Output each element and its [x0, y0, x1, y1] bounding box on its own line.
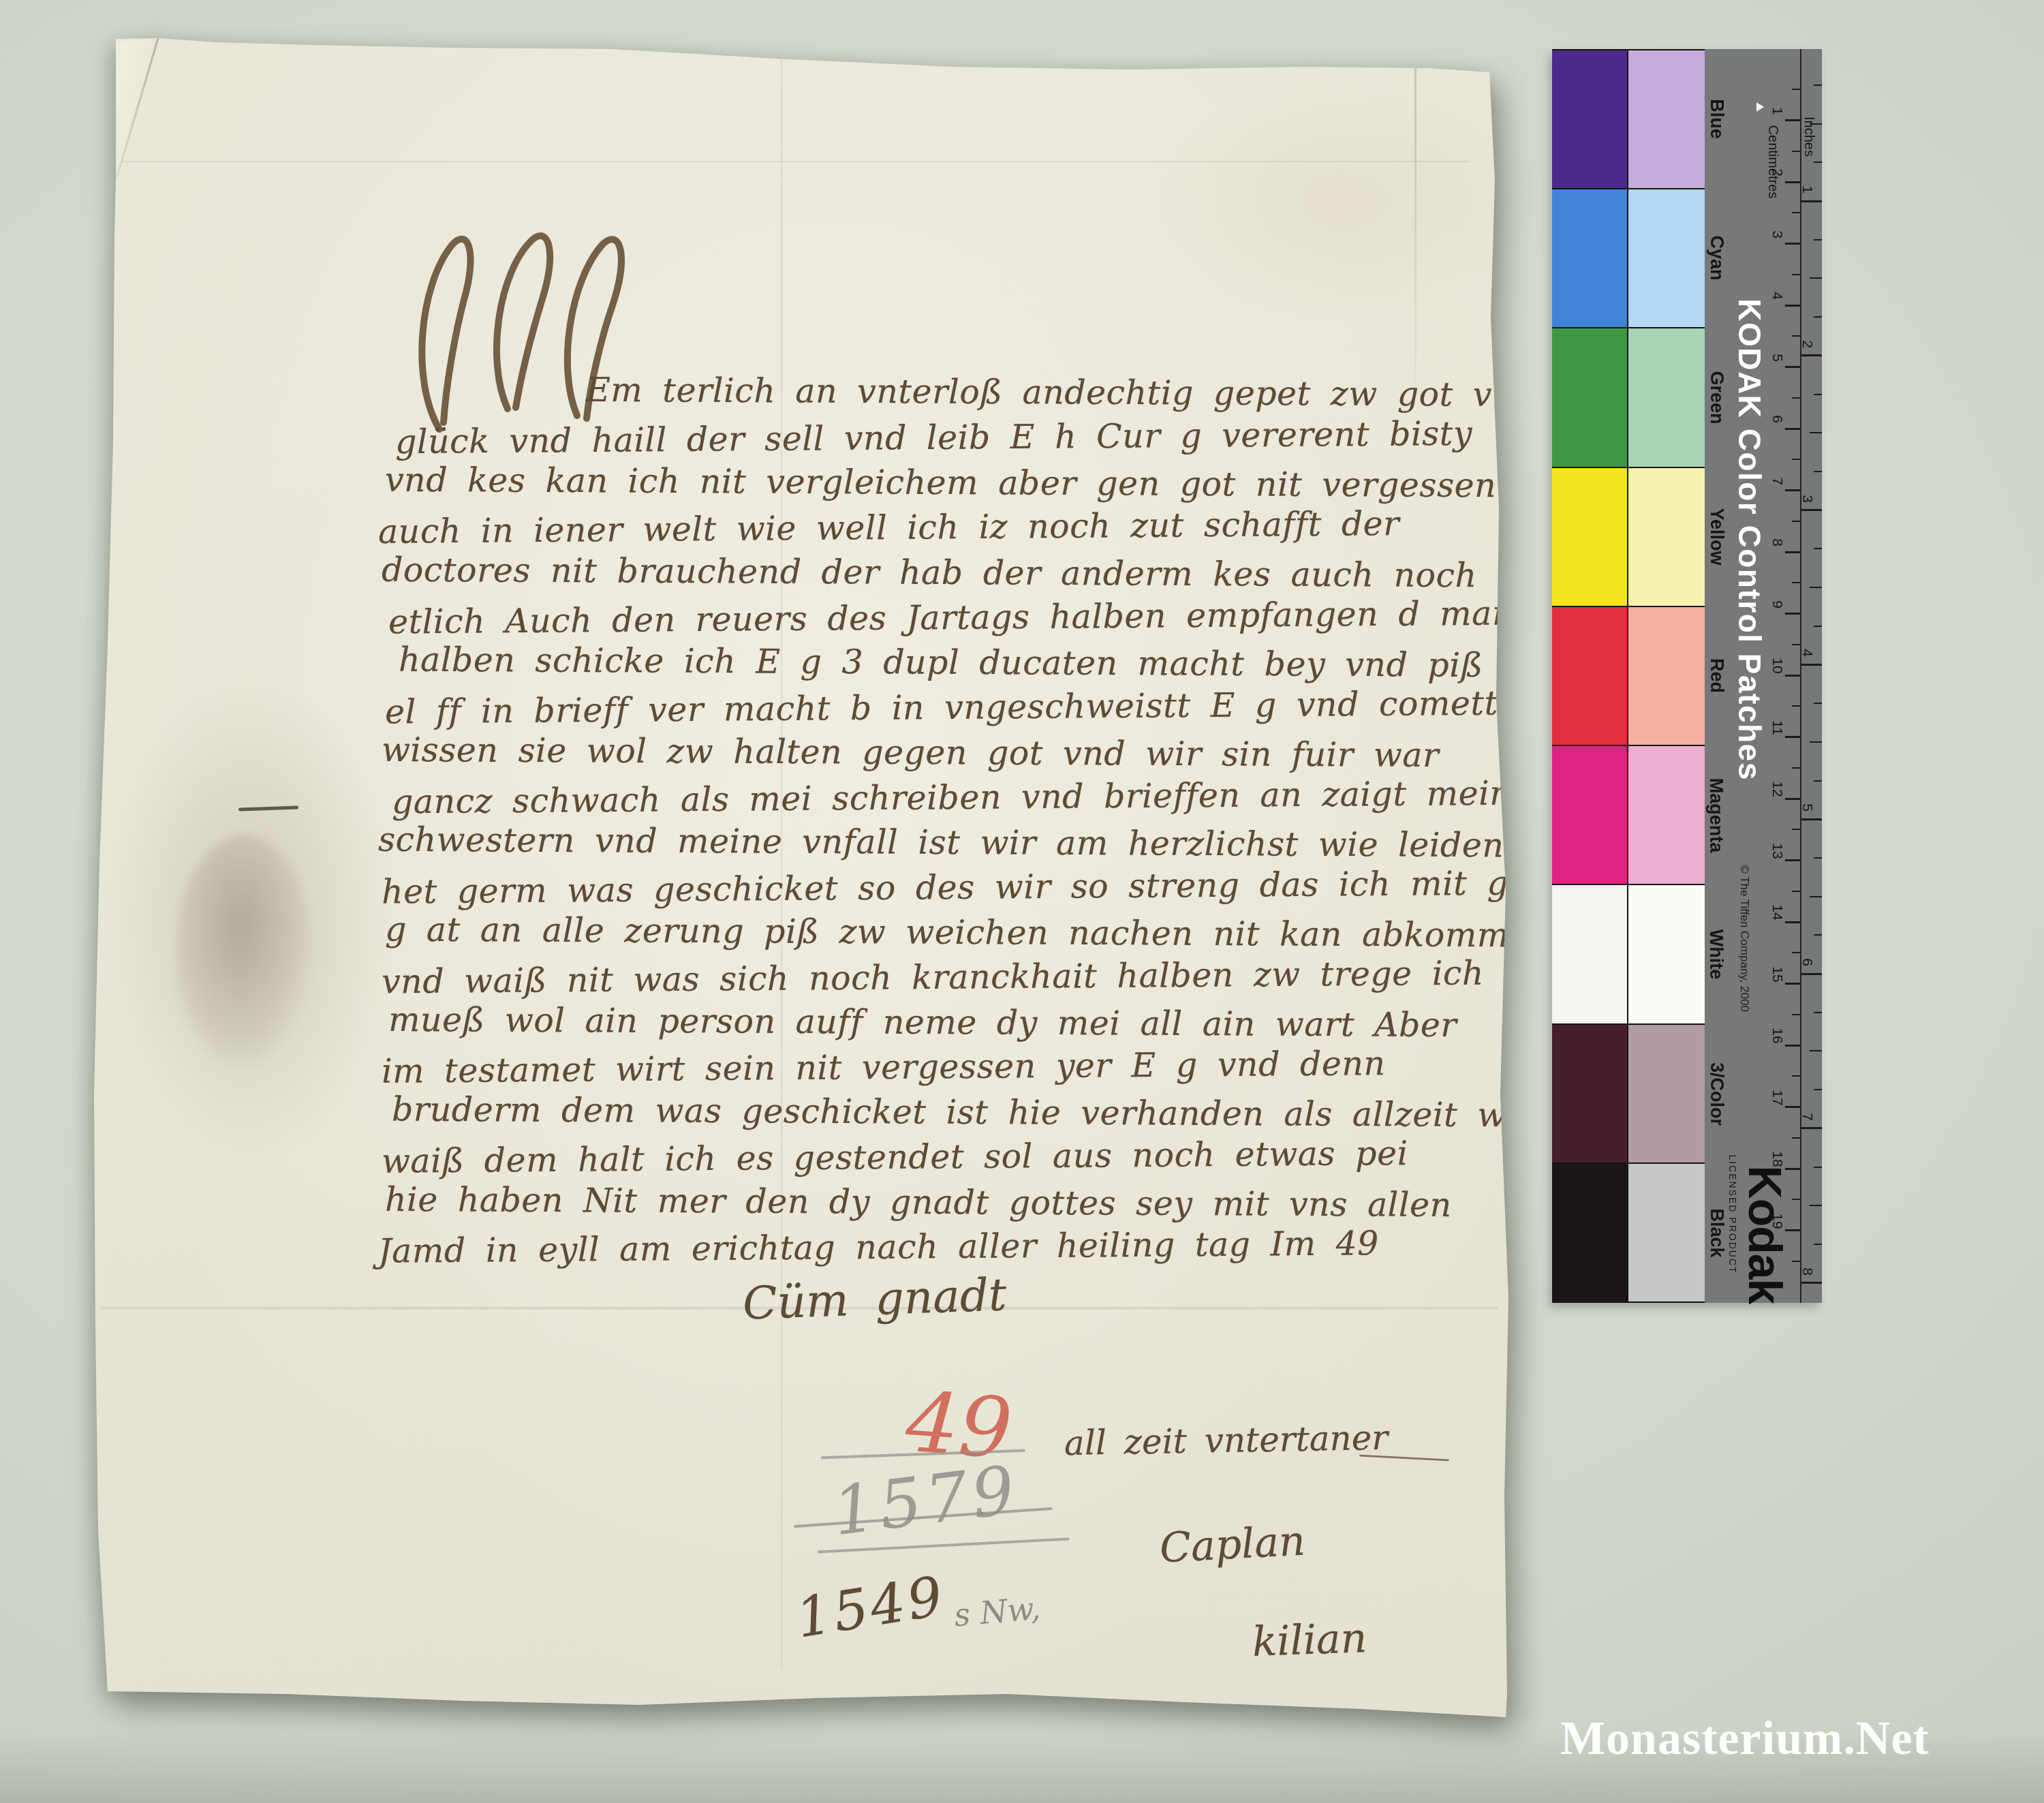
ruler-number-wrap: 4 [1793, 638, 1821, 667]
inch-half-tick [1810, 277, 1822, 279]
cm-minor-tick [1792, 1075, 1800, 1077]
ruler-number-wrap: 6 [1763, 405, 1791, 433]
pencil-note: s Nw, [953, 1590, 1042, 1634]
year-annotation-ink: 1549 [792, 1564, 949, 1650]
ruler-number: 10 [1769, 658, 1785, 673]
ruler-number: 15 [1769, 966, 1785, 982]
vertical-crease-right [1414, 65, 1416, 386]
ruler-number-wrap: 7 [1763, 467, 1791, 495]
ruler-number: 16 [1769, 1028, 1785, 1043]
ruler-number-wrap: 7 [1793, 1103, 1821, 1131]
inch-quarter-tick [1814, 316, 1822, 318]
ruler-number: 19 [1769, 1213, 1785, 1229]
ruler-number: 8 [1799, 1267, 1815, 1276]
inch-half-tick [1810, 1205, 1822, 1206]
inch-quarter-tick [1814, 857, 1822, 859]
cm-minor-tick [1792, 705, 1800, 707]
ruler-number-wrap: 2 [1763, 158, 1791, 187]
inch-quarter-tick [1814, 394, 1822, 395]
ruler-number: 5 [1769, 354, 1785, 362]
inch-quarter-tick [1814, 626, 1822, 627]
scan-stage: Em terlich an vnterloß andechtig gepet z… [0, 0, 2044, 1803]
ruler-number-wrap: 17 [1763, 1083, 1791, 1112]
inch-quarter-tick [1814, 84, 1822, 86]
ruler-number-wrap: 8 [1793, 1257, 1821, 1286]
ruler-number-wrap: 1 [1793, 175, 1821, 204]
inch-half-tick [1810, 432, 1822, 433]
ruler-number-wrap: 3 [1793, 484, 1821, 513]
cm-minor-tick [1792, 767, 1800, 769]
signature-devotion: all zeit vntertaner [1064, 1418, 1389, 1463]
manuscript-line: wissen sie wol zw halten gegen got vnd w… [382, 730, 1439, 775]
cm-minor-tick [1792, 151, 1800, 152]
inch-quarter-tick [1814, 780, 1822, 782]
ruler-number-wrap: 5 [1763, 343, 1791, 372]
inch-half-tick [1810, 741, 1822, 743]
kodak-color-control-strip: BlueCyanGreenYellowRedMagentaWhite3/Colo… [1552, 49, 1822, 1303]
ruler-number: 14 [1769, 904, 1785, 920]
ruler-number: 4 [1799, 649, 1815, 658]
manuscript-line: Em terlich an vnterloß andechtig gepet z… [586, 371, 1665, 415]
manuscript-line: g at an alle zerung piß zw weichen nache… [385, 910, 1530, 955]
ruler-number-wrap: 19 [1763, 1207, 1791, 1235]
ruler-number: 1 [1799, 185, 1815, 194]
inch-quarter-tick [1814, 239, 1822, 241]
cm-minor-tick [1792, 1014, 1800, 1015]
horizontal-crease-top [121, 161, 1470, 164]
manuscript-line: auch in iener welt wie well ich iz noch … [378, 504, 1399, 551]
ruler-number: 1 [1769, 107, 1785, 115]
ruler-number-wrap: 10 [1763, 651, 1791, 680]
inch-quarter-tick [1814, 1089, 1822, 1090]
manuscript-line: waiß dem halt ich es gestendet sol aus n… [382, 1134, 1408, 1181]
ruler-number: 12 [1769, 781, 1785, 797]
closing-formula: Cüm gnadt [742, 1268, 1008, 1329]
ruler-number: 3 [1799, 495, 1815, 503]
ruler-number: 6 [1769, 415, 1785, 423]
ruler-number: 13 [1769, 843, 1785, 859]
inch-half-tick [1810, 896, 1822, 897]
ruler-number: 7 [1799, 1113, 1815, 1121]
cm-minor-tick [1792, 891, 1800, 892]
manuscript-line: im testamet wirt sein nit vergessen yer … [382, 1044, 1386, 1091]
ruler-number: 8 [1769, 538, 1785, 546]
ruler-number-wrap: 5 [1793, 793, 1821, 822]
ruler-number: 17 [1769, 1090, 1785, 1105]
manuscript-line: hie haben Nit mer den dy gnadt gottes se… [385, 1180, 1452, 1224]
manuscript-line: schwestern vnd meine vnfall ist wir am h… [378, 820, 1504, 865]
letter-sheet: Em terlich an vnterloß andechtig gepet z… [94, 31, 1513, 1723]
inch-quarter-tick [1814, 703, 1822, 704]
stain [176, 835, 312, 1067]
manuscript-line: halben schicke ich E g 3 dupl ducaten ma… [399, 641, 1536, 685]
manuscript-line: glück vnd haill der sell vnd leib E h Cu… [395, 414, 1473, 461]
cm-minor-tick [1792, 397, 1800, 399]
paper-surface: Em terlich an vnterloß andechtig gepet z… [94, 31, 1513, 1723]
ruler-number: 6 [1799, 958, 1815, 966]
ruler-number-wrap: 6 [1793, 948, 1821, 976]
inch-quarter-tick [1814, 471, 1822, 472]
watermark: Monasterium.Net [1560, 1712, 1930, 1766]
inch-half-tick [1810, 587, 1822, 588]
cm-minor-tick [1792, 459, 1800, 460]
ruler-number: 9 [1769, 600, 1785, 608]
inch-quarter-tick [1814, 1244, 1822, 1245]
ruler-number: 11 [1769, 720, 1785, 735]
ruler-layer: 1234567891011121314151617181912345678 [1552, 49, 1822, 1303]
inch-half-tick [1810, 1050, 1822, 1051]
ruler-number-wrap: 1 [1763, 97, 1791, 125]
inch-half-tick [1810, 123, 1822, 125]
manuscript-line: bruderm dem was geschicket ist hie verha… [392, 1090, 1538, 1135]
ruler-number: 4 [1769, 292, 1785, 300]
manuscript-line: mueß wol ain person auff neme dy mei all… [388, 1000, 1457, 1045]
inch-quarter-tick [1814, 1012, 1822, 1013]
ruler-number: 3 [1769, 230, 1785, 238]
manuscript-line: het germ was geschicket so des wir so st… [382, 863, 1531, 911]
ruler-number: 2 [1769, 168, 1785, 176]
inch-quarter-tick [1814, 161, 1822, 163]
ruler-number-wrap: 11 [1763, 713, 1791, 742]
cm-minor-tick [1792, 89, 1800, 90]
manuscript-line: vnd waiß nit was sich noch kranckhait ha… [382, 954, 1484, 1002]
ruler-number: 18 [1769, 1151, 1785, 1167]
ruler-number-wrap: 16 [1763, 1021, 1791, 1050]
ruler-number: 2 [1799, 340, 1815, 348]
cm-minor-tick [1792, 829, 1800, 830]
cm-minor-tick [1792, 582, 1800, 583]
ruler-number-wrap: 4 [1763, 281, 1791, 310]
ruler-number-wrap: 2 [1793, 330, 1821, 358]
ruler-number-wrap: 14 [1763, 898, 1791, 927]
corner-fold [113, 35, 168, 185]
signature-name: kilian [1252, 1614, 1368, 1666]
signature-role: Caplan [1158, 1517, 1306, 1572]
cm-minor-tick [1792, 212, 1800, 213]
manuscript-line: gancz schwach als mei schreiben vnd brie… [392, 773, 1532, 821]
manuscript-line: etlich Auch den reuers des Jartags halbe… [388, 594, 1519, 641]
inch-quarter-tick [1814, 1167, 1822, 1168]
cm-minor-tick [1792, 521, 1800, 522]
inch-quarter-tick [1814, 548, 1822, 549]
ink-dash [1359, 1455, 1449, 1462]
ruler-number-wrap: 12 [1763, 775, 1791, 803]
ruler-number: 7 [1769, 477, 1785, 485]
ruler-number-wrap: 13 [1763, 837, 1791, 865]
inch-quarter-tick [1814, 934, 1822, 936]
ink-slit-mark [238, 805, 298, 811]
manuscript-line: doctores nit brauchend der hab der ander… [382, 551, 1477, 595]
cm-minor-tick [1792, 1137, 1800, 1139]
corner-fold-crease [116, 38, 159, 177]
old-year-pencil: 1579 [829, 1451, 1023, 1551]
ruler-number-wrap: 8 [1763, 528, 1791, 557]
ruler-number-wrap: 18 [1763, 1145, 1791, 1173]
opening-flourish-icon [399, 225, 671, 450]
ruler-number-wrap: 15 [1763, 960, 1791, 989]
manuscript-line: el ff in brieff ver macht b in vngeschwe… [385, 684, 1498, 732]
ruler-number-wrap: 9 [1763, 590, 1791, 619]
ruler-number: 5 [1799, 803, 1815, 812]
manuscript-line: vnd kes kan ich nit vergleichem aber gen… [385, 461, 1497, 506]
manuscript-line: Jamd in eyll am erichtag nach aller heil… [378, 1224, 1379, 1271]
ruler-number-wrap: 3 [1763, 220, 1791, 249]
cm-minor-tick [1792, 274, 1800, 275]
cm-minor-tick [1792, 1199, 1800, 1200]
